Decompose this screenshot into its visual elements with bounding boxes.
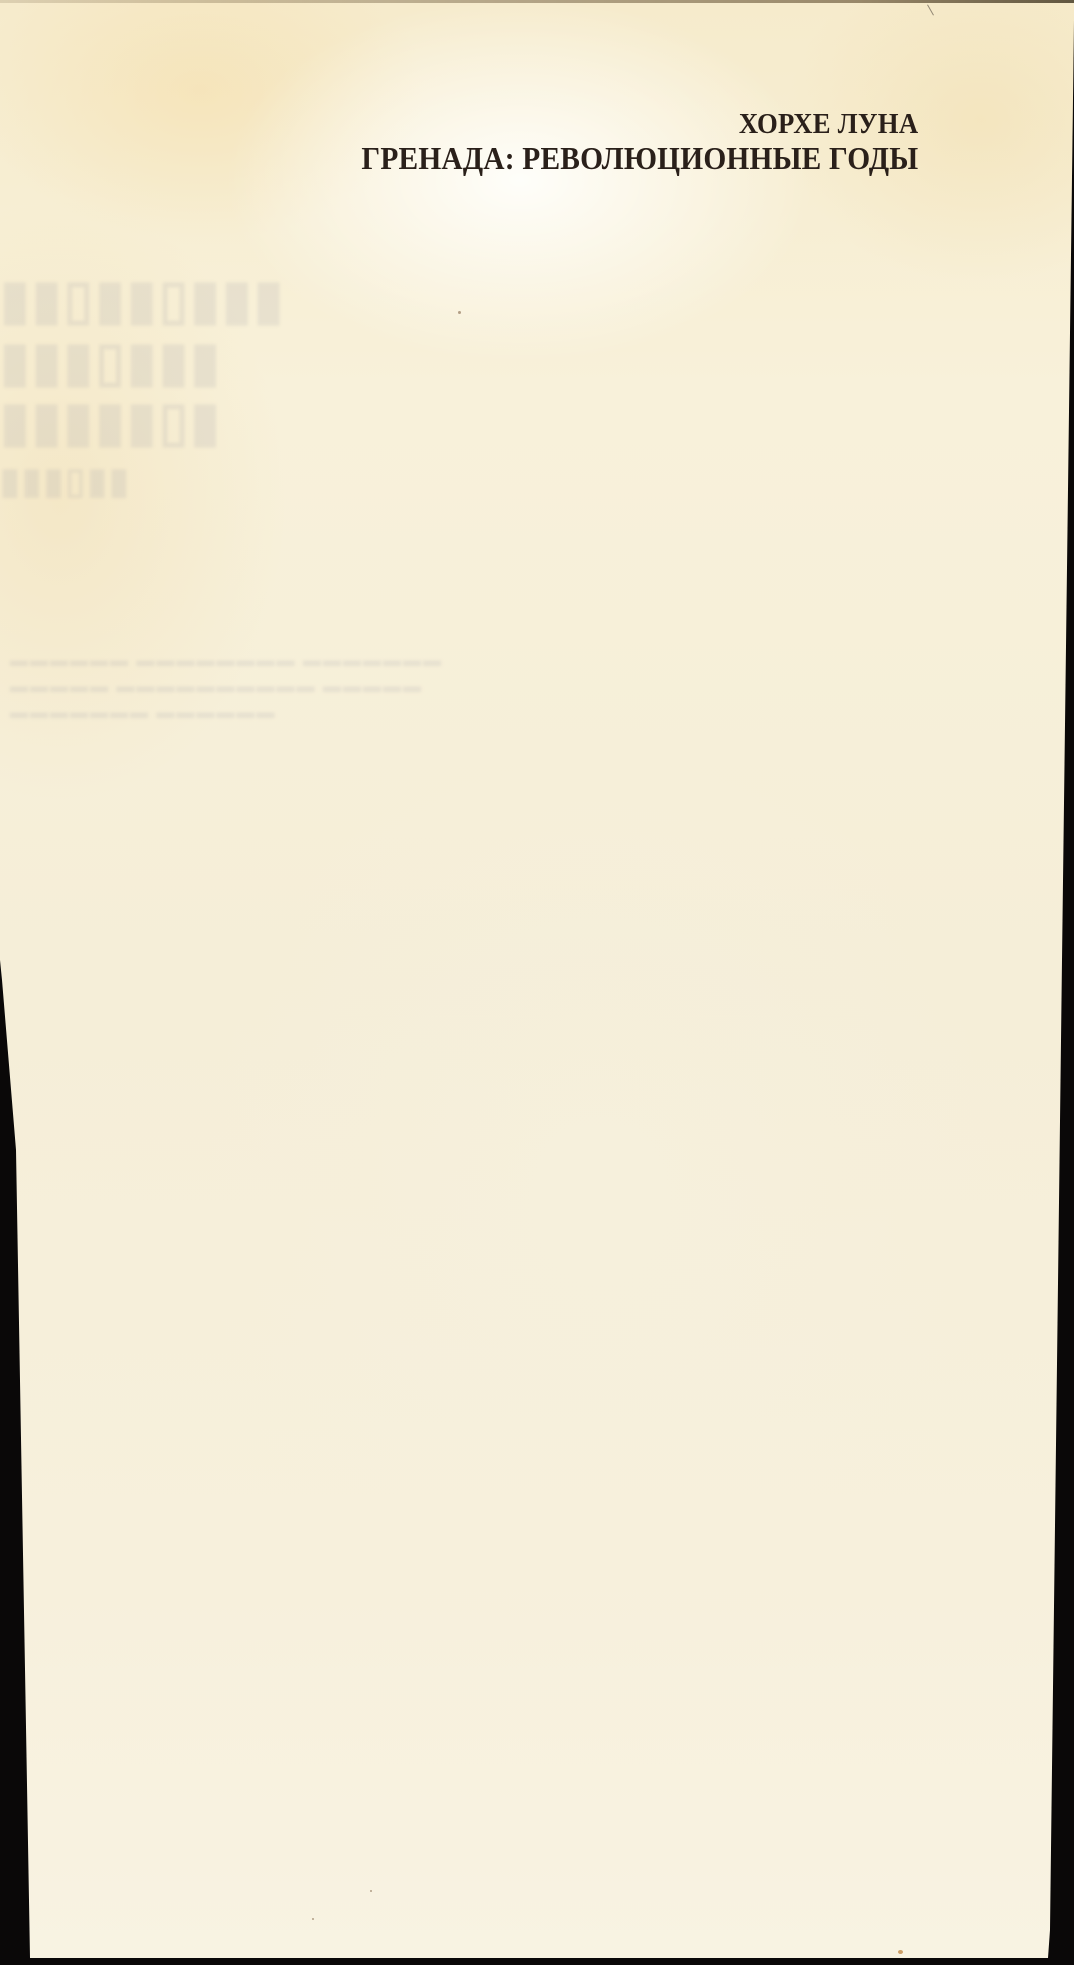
paper-speck <box>370 1890 372 1892</box>
scan-background: ▮▮▯▮▮▯▮▮▮ ▮▮▮▯▮▮▮ ▮▮▮▮▮▯▮ ▮▮▮▯▮▮ ▬▬▬▬▬▬ … <box>0 0 1074 1965</box>
paper-speck <box>898 1950 903 1954</box>
show-through-line: ▮▮▮▮▮▯▮ <box>0 390 222 453</box>
show-through-line: ▬▬▬▬▬▬▬ ▬▬▬▬▬▬ <box>10 702 277 723</box>
show-through-line: ▮▮▯▮▮▯▮▮▮ <box>0 268 285 331</box>
show-through-line: ▬▬▬▬▬ ▬▬▬▬▬▬▬▬▬▬ ▬▬▬▬▬ <box>10 676 423 697</box>
show-through-line: ▮▮▮▯▮▮ <box>0 460 131 502</box>
author-name: ХОРХЕ ЛУНА <box>361 110 918 139</box>
paper-mark <box>927 5 934 16</box>
book-page: ▮▮▯▮▮▯▮▮▮ ▮▮▮▯▮▮▮ ▮▮▮▮▮▯▮ ▮▮▮▯▮▮ ▬▬▬▬▬▬ … <box>0 0 1074 1965</box>
title-block: ХОРХЕ ЛУНА ГРЕНАДА: РЕВОЛЮЦИОННЫЕ ГОДЫ <box>313 110 918 174</box>
show-through-line: ▬▬▬▬▬▬ ▬▬▬▬▬▬▬▬ ▬▬▬▬▬▬▬ <box>10 650 443 671</box>
book-title: ГРЕНАДА: РЕВОЛЮЦИОННЫЕ ГОДЫ <box>361 142 918 174</box>
paper-speck <box>458 311 461 314</box>
paper-speck <box>312 1918 314 1920</box>
page-top-edge <box>0 0 1074 3</box>
show-through-line: ▮▮▮▯▮▮▮ <box>0 330 222 393</box>
